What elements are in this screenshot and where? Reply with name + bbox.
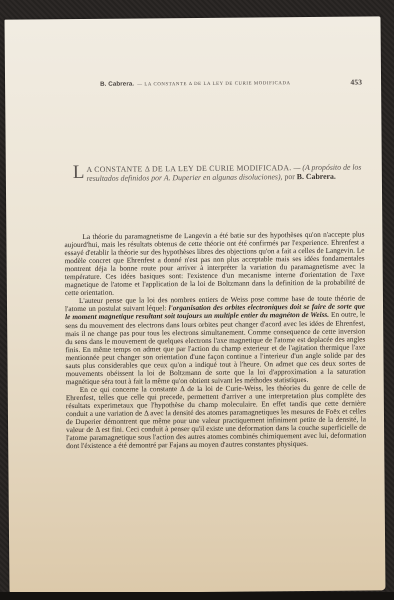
article-body: La théorie du paramagnetisme de Langevin… <box>64 231 366 451</box>
article-title: LA CONSTANTE Δ DE LA LEY DE CURIE MODIFI… <box>74 163 366 184</box>
paragraph-1: La théorie du paramagnetisme de Langevin… <box>64 231 365 298</box>
running-head: B. Cabrera.— La constante Δ de la ley de… <box>100 78 370 87</box>
paragraph-3: En ce qui concerne la constante Δ de la … <box>66 383 367 450</box>
paragraph-2-after: En outre, le sens du mouvement des elect… <box>65 310 365 386</box>
title-by: por <box>282 173 296 182</box>
drop-cap: L <box>73 165 85 181</box>
paragraph-2: L'auteur pense que la loi des nombres en… <box>65 295 366 386</box>
page-number: 453 <box>350 78 362 87</box>
running-head-title: — La constante Δ de la ley de Curie modi… <box>137 81 290 87</box>
title-author: B. Cabrera. <box>297 172 336 181</box>
bottom-shadow <box>0 592 394 600</box>
document-page: B. Cabrera.— La constante Δ de la ley de… <box>5 16 386 593</box>
running-head-author: B. Cabrera. <box>100 81 134 88</box>
